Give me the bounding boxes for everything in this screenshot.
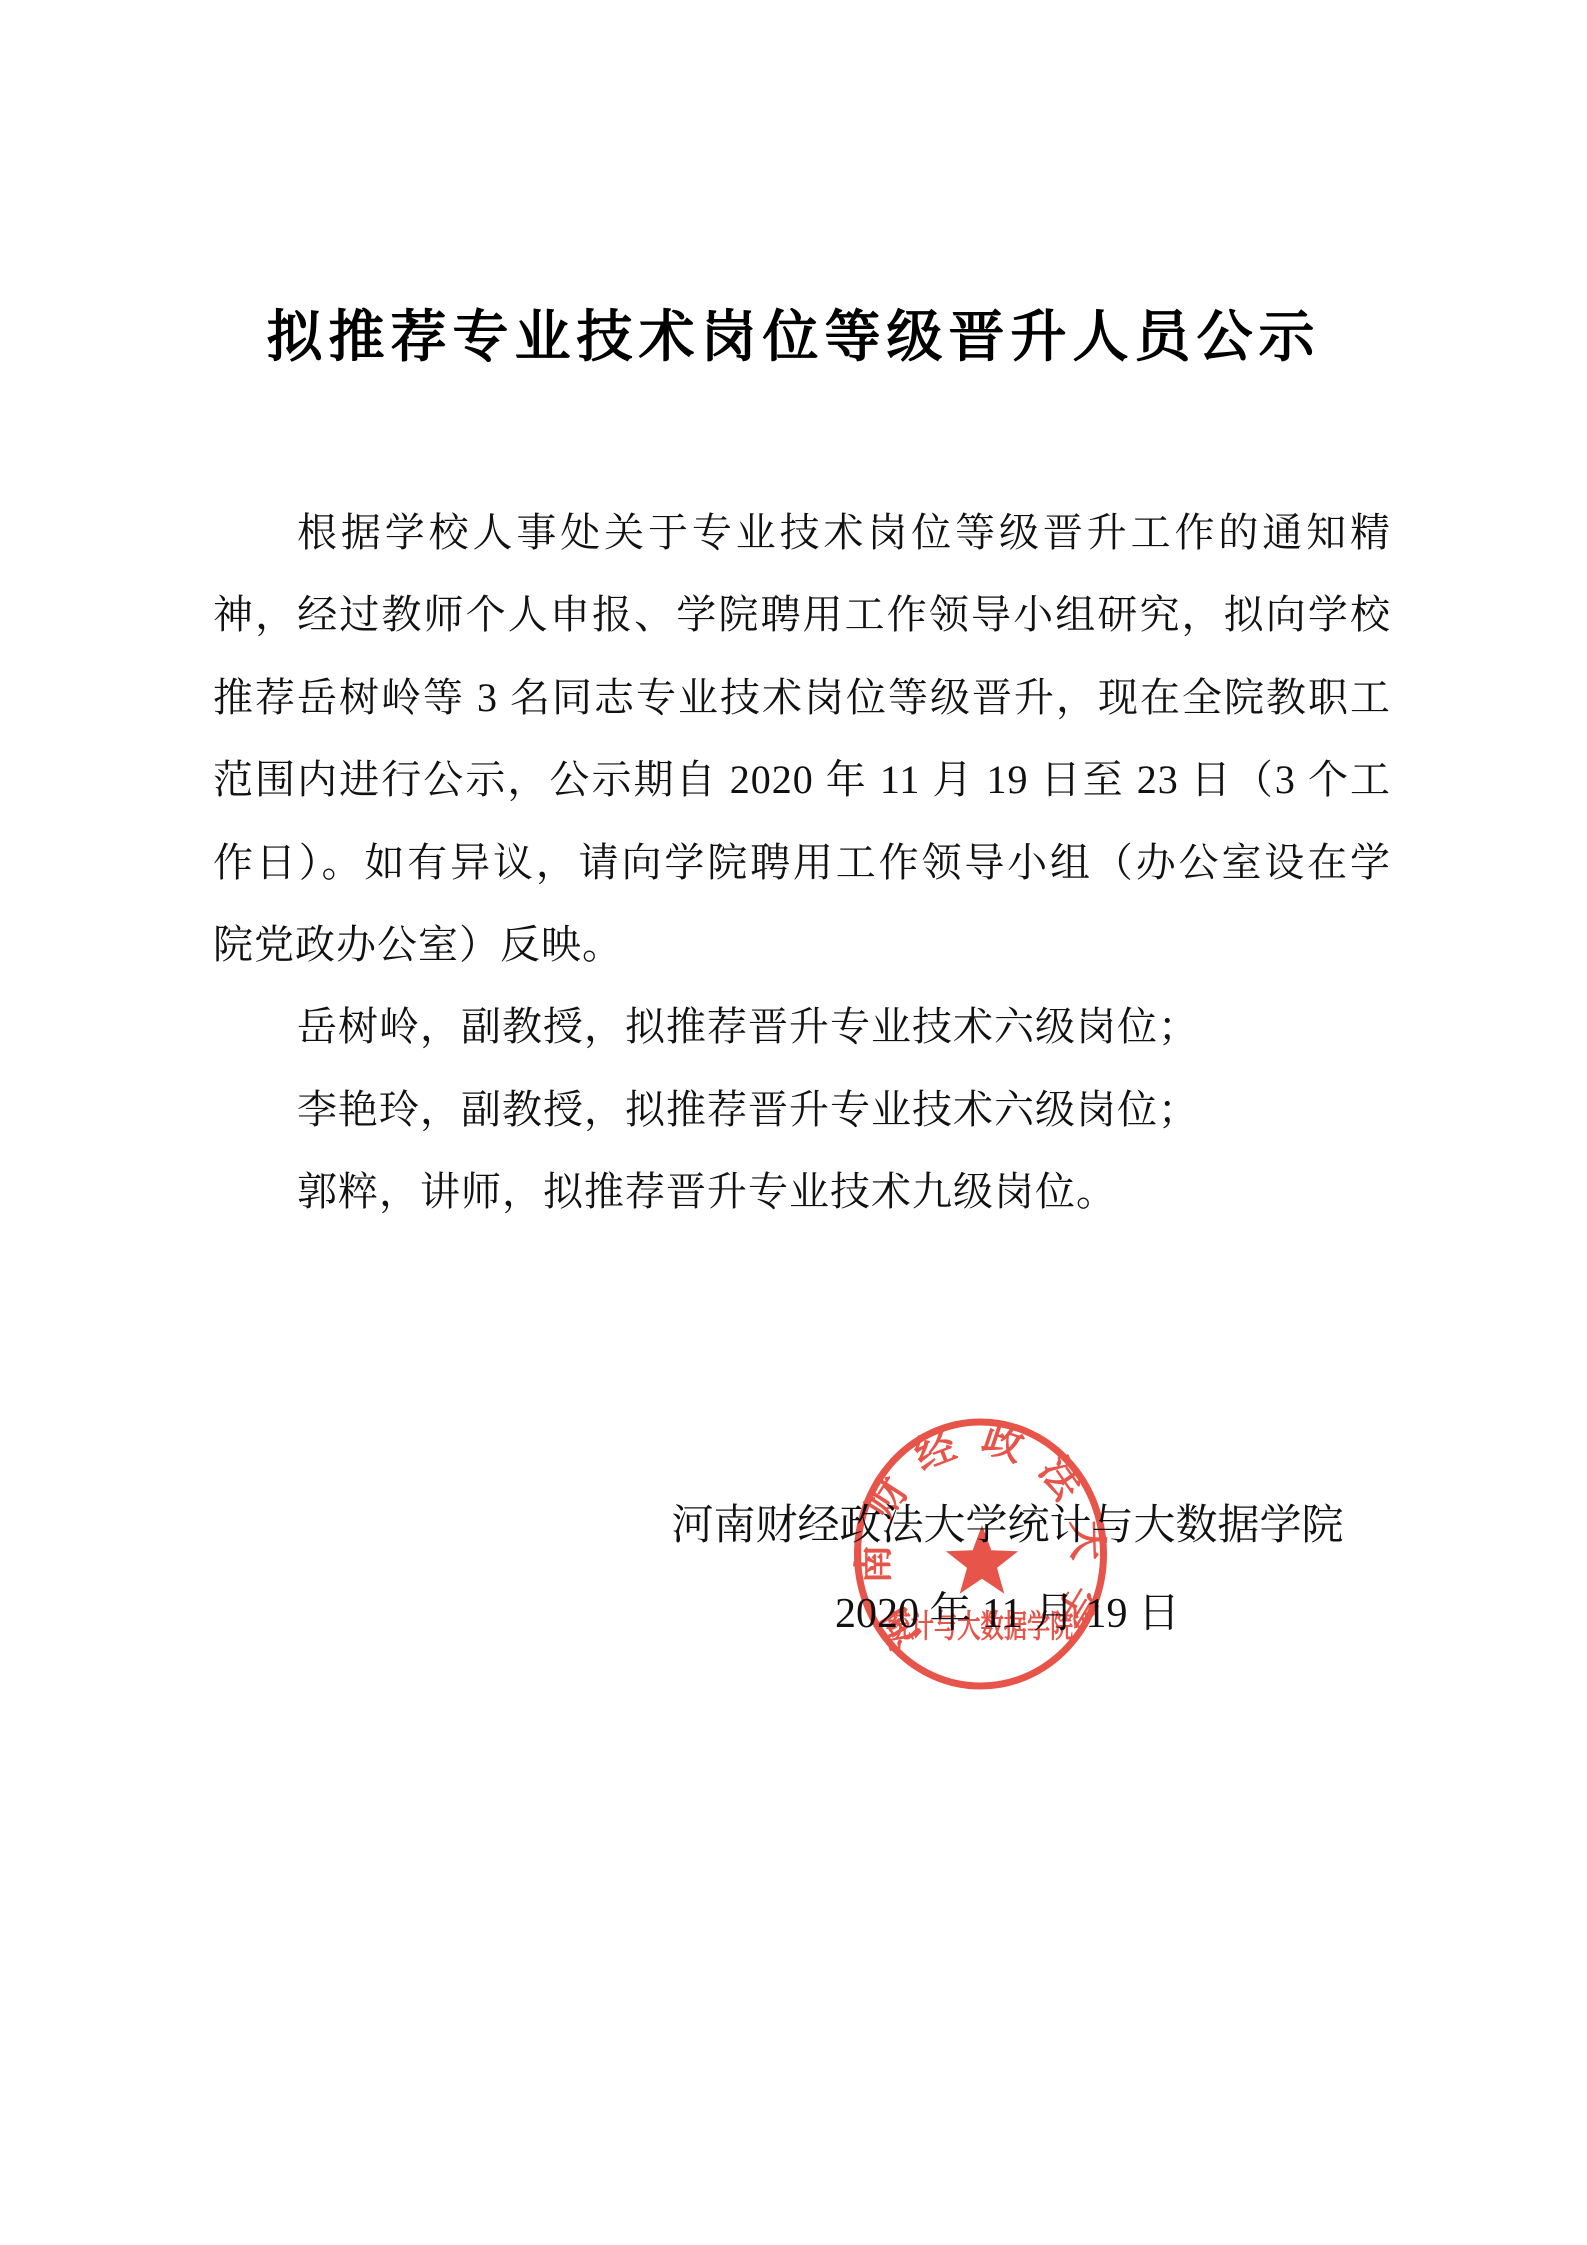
star-icon <box>946 1525 1018 1594</box>
body-line: 根据学校人事处关于专业技术岗位等级晋升工作的通知精 <box>213 492 1391 574</box>
promotion-list-item: 岳树岭，副教授，拟推荐晋升专业技术六级岗位； <box>213 986 1391 1068</box>
document-body: 根据学校人事处关于专业技术岗位等级晋升工作的通知精 神，经过教师个人申报、学院聘… <box>213 492 1391 1234</box>
promotion-list-item: 李艳玲，副教授，拟推荐晋升专业技术六级岗位； <box>213 1069 1391 1151</box>
official-seal: 河南财经政法大学 统计与大数据学院 <box>853 1418 1108 1690</box>
body-line: 院党政办公室）反映。 <box>213 904 1391 986</box>
document-title: 拟推荐专业技术岗位等级晋升人员公示 <box>0 296 1587 380</box>
body-line: 作日）。如有异议，请向学院聘用工作领导小组（办公室设在学 <box>213 822 1391 904</box>
announcement-page: 拟推荐专业技术岗位等级晋升人员公示 根据学校人事处关于专业技术岗位等级晋升工作的… <box>0 0 1587 2245</box>
seal-bottom-text: 统计与大数据学院 <box>888 1608 1074 1644</box>
body-line: 推荐岳树岭等 3 名同志专业技术岗位等级晋升，现在全院教职工 <box>213 657 1391 739</box>
body-line: 神，经过教师个人申报、学院聘用工作领导小组研究，拟向学校 <box>213 574 1391 656</box>
promotion-list-item: 郭粹，讲师，拟推荐晋升专业技术九级岗位。 <box>213 1151 1391 1233</box>
body-line: 范围内进行公示，公示期自 2020 年 11 月 19 日至 23 日（3 个工 <box>213 739 1391 821</box>
